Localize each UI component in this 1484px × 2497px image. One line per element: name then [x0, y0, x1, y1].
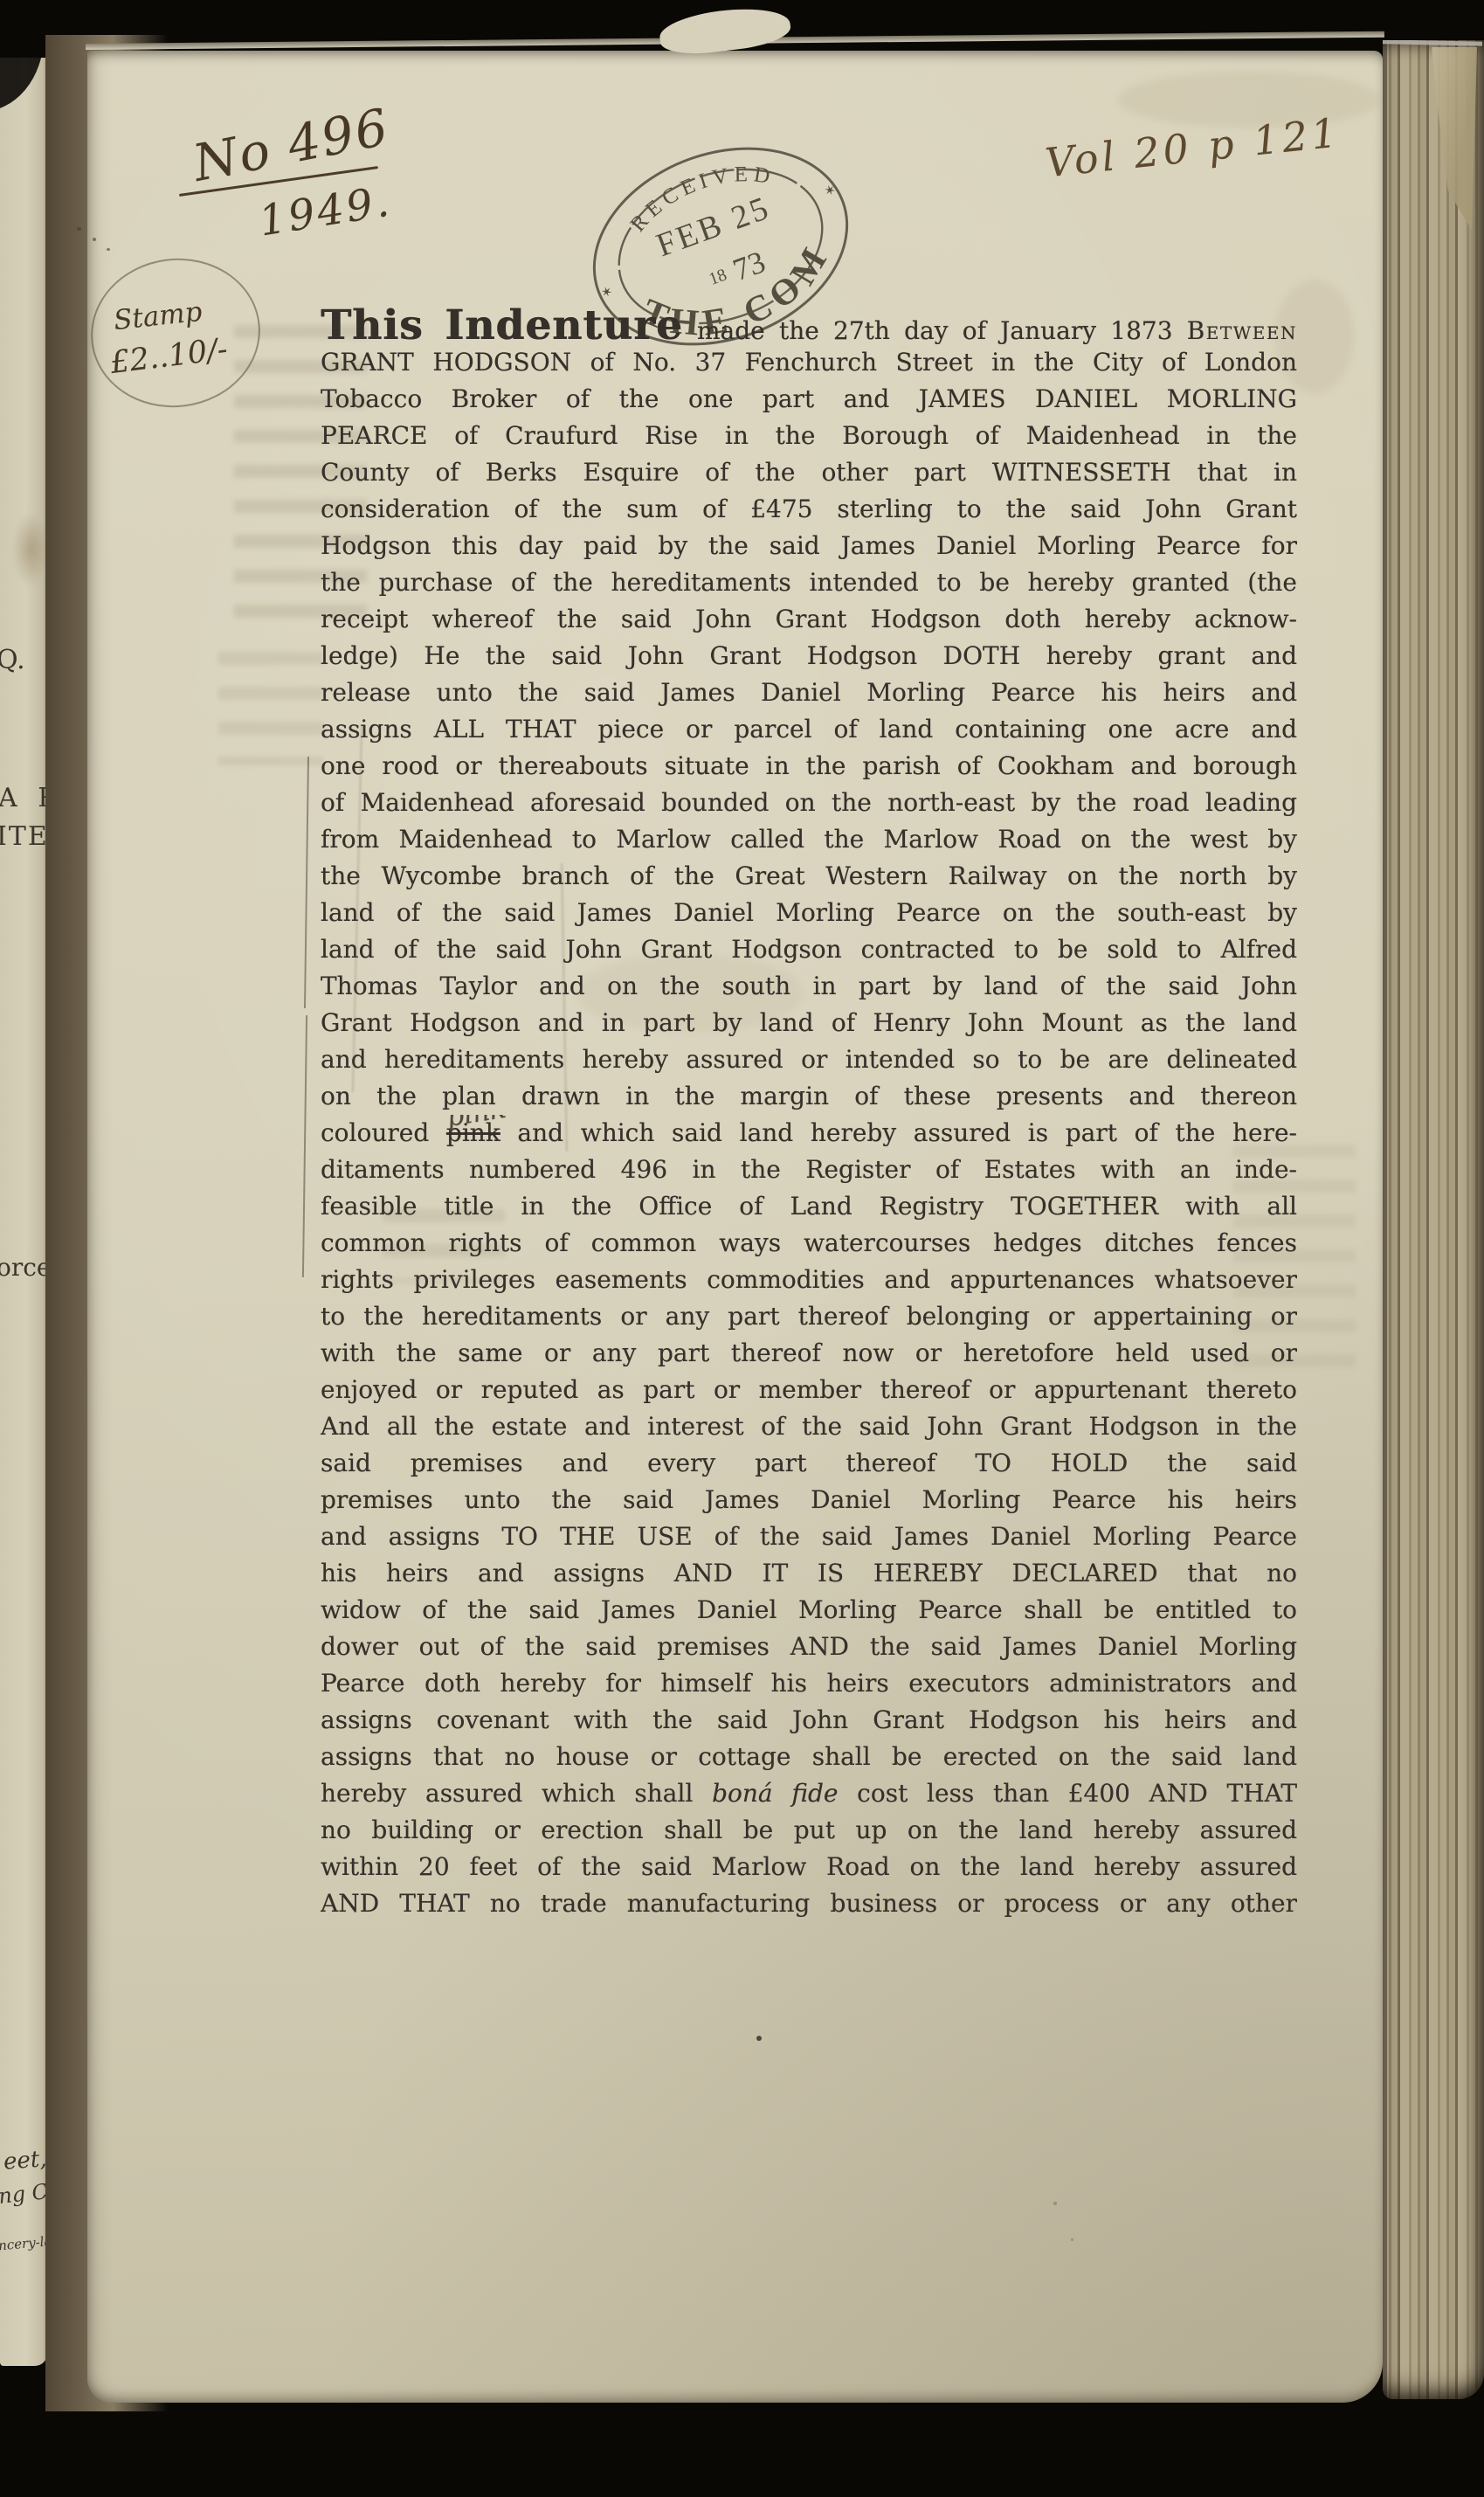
body-line: said premises and every part thereof TO …: [321, 1445, 1297, 1482]
body-line: This Indenture made the 27th day of Janu…: [321, 308, 1297, 344]
body-line: the purchase of the hereditaments intend…: [321, 564, 1297, 601]
ink-speck: [1071, 2238, 1073, 2241]
handwritten-correction: pink: [444, 1115, 508, 1136]
doc-year-annotation: 1949.: [256, 176, 395, 246]
ink-speck: [93, 238, 96, 241]
stamp-year-prefix: 18: [707, 265, 729, 289]
neighbor-text-fragment: ITED: [0, 821, 47, 852]
body-line: within 20 feet of the said Marlow Road o…: [321, 1849, 1297, 1885]
ink-speck: [107, 248, 110, 251]
document-page: No 496 1949. Vol 20 p 121 Stamp £2..10/-…: [87, 51, 1383, 2403]
body-line: and hereditaments hereby assured or inte…: [321, 1041, 1297, 1078]
photograph-background: Q. A R K ITED orceste eet, ng Cross, nce…: [0, 0, 1484, 2497]
stack-top-highlight: [1383, 40, 1482, 46]
body-line: land of the said John Grant Hodgson cont…: [321, 931, 1297, 968]
body-line: AND THAT no trade manufacturing business…: [321, 1885, 1297, 1922]
page-corner-shadow: [0, 58, 44, 112]
body-line: dower out of the said premises AND the s…: [321, 1629, 1297, 1665]
body-line: hereby assured which shall boná fide cos…: [321, 1775, 1297, 1812]
body-line: on the plan drawn in the margin of these…: [321, 1078, 1297, 1115]
body-line: Pearce doth hereby for himself his heirs…: [321, 1665, 1297, 1702]
body-line: Grant Hodgson and in part by land of Hen…: [321, 1005, 1297, 1041]
body-line: assigns ALL THAT piece or parcel of land…: [321, 711, 1297, 748]
body-line: one rood or thereabouts situate in the p…: [321, 748, 1297, 785]
body-line: ledge) He the said John Grant Hodgson DO…: [321, 638, 1297, 674]
bleed-through-text: [218, 652, 323, 765]
body-line: release unto the said James Daniel Morli…: [321, 674, 1297, 711]
body-line: common rights of common ways watercourse…: [321, 1225, 1297, 1262]
body-line: feasible title in the Office of Land Reg…: [321, 1188, 1297, 1225]
body-line: rights privileges easements commodities …: [321, 1262, 1297, 1298]
neighbor-text-fragment: ncery-lane: [0, 2232, 47, 2254]
body-line: of Maidenhead aforesaid bounded on the n…: [321, 785, 1297, 821]
body-line: from Maidenhead to Marlow called the Mar…: [321, 821, 1297, 858]
body-line: with the same or any part thereof now or…: [321, 1335, 1297, 1372]
page-stack-edge: [1383, 40, 1484, 2399]
ink-speck: [1053, 2202, 1057, 2205]
body-line: his heirs and assigns AND IT IS HEREBY D…: [321, 1555, 1297, 1592]
indenture-heading: This Indenture: [321, 308, 683, 344]
body-line: consideration of the sum of £475 sterlin…: [321, 491, 1297, 528]
body-line: PEARCE of Craufurd Rise in the Borough o…: [321, 418, 1297, 454]
neighbor-text-fragment: eet,: [3, 2146, 47, 2175]
body-text: This Indenture made the 27th day of Janu…: [321, 308, 1297, 1922]
ink-dot: [756, 2036, 762, 2041]
stack-flap: [1412, 47, 1477, 231]
neighbor-text-fragment: Q.: [0, 645, 25, 675]
neighbor-text-fragment: orceste: [0, 1253, 47, 1282]
body-line: widow of the said James Daniel Morling P…: [321, 1592, 1297, 1629]
body-line: assigns covenant with the said John Gran…: [321, 1702, 1297, 1739]
body-line: to the hereditaments or any part thereof…: [321, 1298, 1297, 1335]
margin-line-segment: [302, 1015, 307, 1277]
paper-scrap: [658, 3, 792, 59]
ink-speck: [77, 227, 81, 231]
body-line: And all the estate and interest of the s…: [321, 1408, 1297, 1445]
paper-stain: [12, 512, 47, 587]
neighbor-text-fragment: A R K: [0, 783, 47, 813]
body-line: ditaments numbered 496 in the Register o…: [321, 1152, 1297, 1188]
struck-word: pinkpink: [446, 1118, 500, 1147]
body-line: coloured pinkpink and which said land he…: [321, 1115, 1297, 1152]
body-line: Tobacco Broker of the one part and JAMES…: [321, 381, 1297, 418]
body-line: the Wycombe branch of the Great Western …: [321, 858, 1297, 895]
margin-line-segment: [304, 757, 309, 1008]
body-line: and assigns TO THE USE of the said James…: [321, 1518, 1297, 1555]
body-line: Thomas Taylor and on the south in part b…: [321, 968, 1297, 1005]
body-line: premises unto the said James Daniel Morl…: [321, 1482, 1297, 1518]
stamp-star-icon: ✶: [822, 182, 838, 200]
body-line: County of Berks Esquire of the other par…: [321, 454, 1297, 491]
body-line: no building or erection shall be put up …: [321, 1812, 1297, 1849]
neighbor-text-fragment: ng Cross,: [0, 2174, 47, 2209]
body-line: Hodgson this day paid by the said James …: [321, 528, 1297, 564]
body-line: receipt whereof the said John Grant Hodg…: [321, 601, 1297, 638]
adjacent-page-edge: Q. A R K ITED orceste eet, ng Cross, nce…: [0, 58, 47, 2366]
body-line: enjoyed or reputed as part or member the…: [321, 1372, 1297, 1408]
body-line: assigns that no house or cottage shall b…: [321, 1739, 1297, 1775]
stamp-year: 73: [728, 244, 770, 287]
body-line: land of the said James Daniel Morling Pe…: [321, 895, 1297, 931]
body-line: GRANT HODGSON of No. 37 Fenchurch Street…: [321, 344, 1297, 381]
